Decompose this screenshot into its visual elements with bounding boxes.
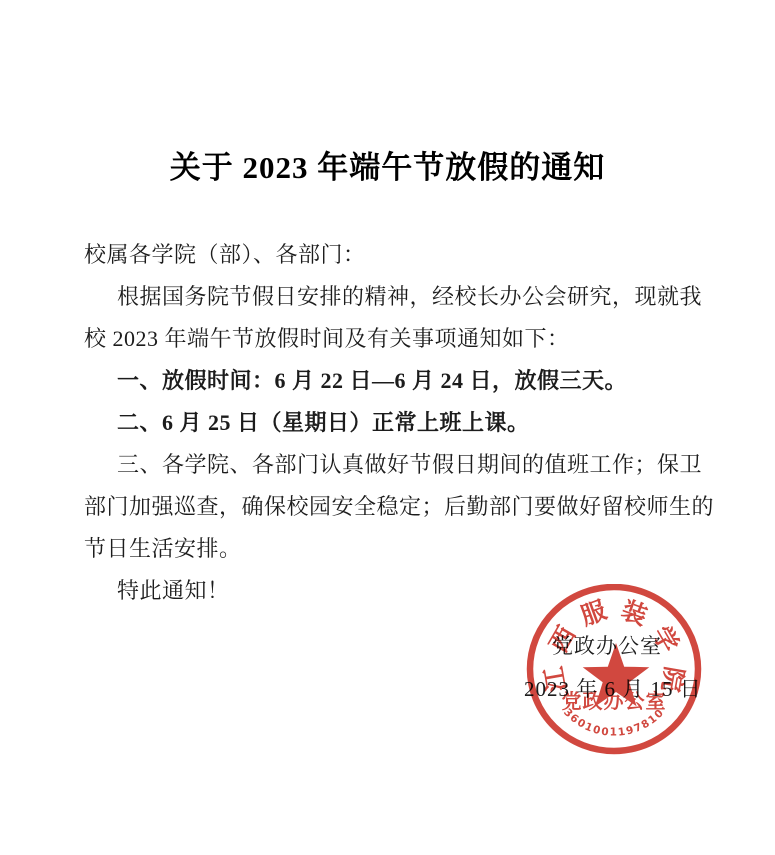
seal-arc-char: 西 [545,622,582,658]
salutation-line: 校属各学院（部）、各部门： [84,234,724,276]
seal-arc-char: 服 [577,596,611,631]
item-3-line-1: 三、各学院、各部门认真做好节假日期间的值班工作；保卫 [84,444,724,486]
notice-body: 校属各学院（部）、各部门： 根据国务院节假日安排的精神，经校长办公会研究，现就我… [84,234,724,612]
item-3-line-3: 节日生活安排。 [84,528,724,570]
item-3-line-2: 部门加强巡查，确保校园安全稳定；后勤部门要做好留校师生的 [84,486,724,528]
notice-title: 关于 2023 年端午节放假的通知 [0,142,775,187]
item-2-line: 二、6 月 25 日（星期日）正常上班上课。 [84,402,724,444]
intro-line-1: 根据国务院节假日安排的精神，经校长办公会研究，现就我 [84,276,724,318]
notice-document: 关于 2023 年端午节放假的通知 校属各学院（部）、各部门： 根据国务院节假日… [0,0,775,855]
seal-arc-char: 装 [618,596,651,631]
seal-graphic: 江 西 服 装 学 院 党政办公室 3601001197810 [526,584,703,756]
seal-arc-char: 学 [647,622,684,658]
item-1-line: 一、放假时间：6 月 22 日—6 月 24 日，放假三天。 [84,360,724,402]
seal-arc-char: 院 [656,664,688,693]
official-seal-stamp: 江 西 服 装 学 院 党政办公室 3601001197810 [526,584,703,756]
seal-office-text: 党政办公室 [562,689,667,713]
seal-arc-char: 江 [540,664,572,693]
intro-line-2: 校 2023 年端午节放假时间及有关事项通知如下： [84,318,724,360]
